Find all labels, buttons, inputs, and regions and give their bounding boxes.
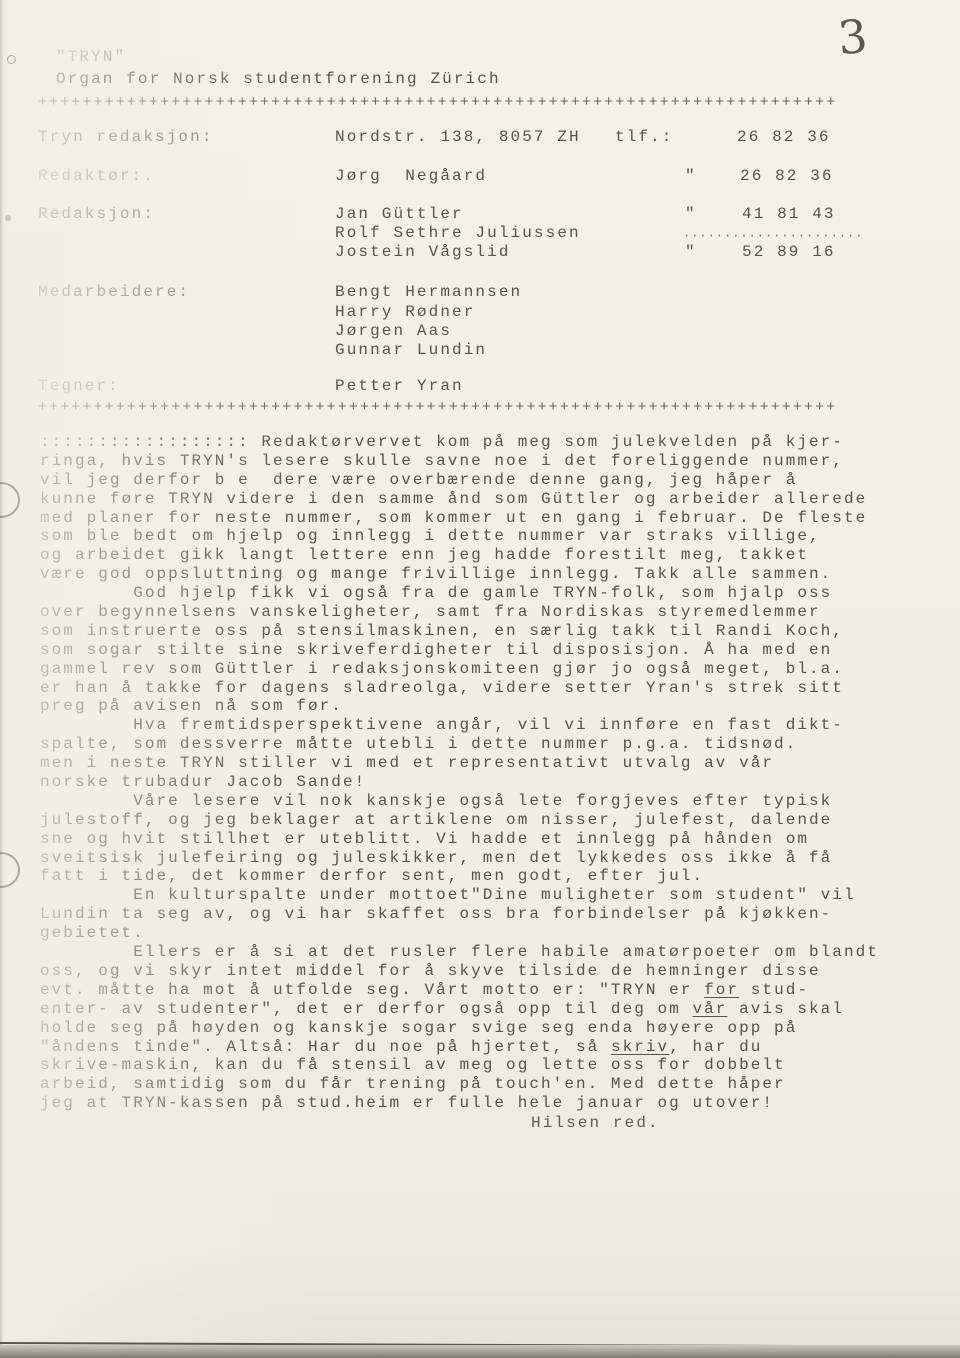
editorial-phone: 52 89 16	[742, 243, 836, 262]
body-line: Lundin ta seg av, og vi har skaffet oss …	[40, 905, 940, 924]
body-line: En kulturspalte under mottoet"Dine mulig…	[40, 886, 940, 905]
scanner-bed-shadow	[0, 1345, 960, 1358]
ink-speck	[7, 55, 16, 64]
underlined-word: skriv	[611, 1038, 669, 1056]
contributor-name: Gunnar Lundin	[335, 341, 487, 360]
body-line: gebietet.	[40, 924, 940, 943]
body-line: Våre lesere vil nok kanskje også lete fo…	[40, 792, 940, 811]
body-line: men i neste TRYN stiller vi med et repre…	[40, 754, 940, 773]
body-line: og arbeidet gikk langt lettere enn jeg h…	[40, 546, 940, 565]
contact-label: Tryn redaksjon:	[38, 128, 214, 147]
editorial-member: Jostein Vågslid	[335, 243, 511, 262]
contact-address: Nordstr. 138, 8057 ZH	[335, 128, 581, 147]
body-line: ringa, hvis TRYN's lesere skulle savne n…	[40, 452, 940, 471]
body-line-underlined: enter- av studenter", det er derfor også…	[40, 1000, 940, 1019]
scanned-page: 3 "TRYN" Organ for Norsk studentforening…	[0, 0, 960, 1358]
body-line: sveitsisk julefeiring og juleskikker, me…	[40, 849, 940, 868]
body-line: :::::::::::::::::: Redaktørvervet kom på…	[40, 433, 940, 452]
body-line: julestoff, og jeg beklager at artiklene …	[40, 811, 940, 830]
artist-label: Tegner:	[38, 377, 120, 396]
contributor-name: Harry Rødner	[335, 303, 475, 322]
body-line: skrive-maskin, kan du få stensil av meg …	[40, 1056, 940, 1075]
contact-phone: 26 82 36	[737, 128, 831, 147]
editorial-ditto-mark: "	[685, 243, 697, 262]
editor-ditto-mark: "	[685, 167, 697, 186]
body-line: God hjelp fikk vi også fra de gamle TRYN…	[40, 584, 940, 603]
body-line: over begynnelsens vanskeligheter, samt f…	[40, 603, 940, 622]
dotted-rule: ······················	[683, 229, 863, 243]
body-line: med planer for neste nummer, som kommer …	[40, 509, 940, 528]
editorial-member: Rolf Sethre Juliussen	[335, 224, 581, 243]
body-line: fatt i tide, det kommer derfor sent, men…	[40, 867, 940, 886]
editor-phone: 26 82 36	[740, 167, 834, 186]
editorial-body: :::::::::::::::::: Redaktørvervet kom på…	[40, 433, 940, 1113]
contributor-name: Bengt Hermannsen	[335, 283, 522, 302]
editorial-phone: 41 81 43	[742, 205, 836, 224]
underlined-word: for	[704, 981, 739, 999]
body-line: spalte, som dessverre måtte utebli i det…	[40, 735, 940, 754]
body-line: oss, og vi skyr intet middel for å skyve…	[40, 962, 940, 981]
contributor-name: Jørgen Aas	[335, 322, 452, 341]
phone-label: tlf.:	[615, 128, 674, 147]
body-line: Ellers er å si at det rusler flere habil…	[40, 943, 940, 962]
plus-divider-top: ++++++++++++++++++++++++++++++++++++++++…	[38, 93, 837, 112]
body-line: som ble bedt om hjelp og innlegg i dette…	[40, 527, 940, 546]
body-line: sne og hvit stillhet er uteblitt. Vi had…	[40, 830, 940, 849]
line-segment: stud-	[739, 981, 809, 999]
body-line: som instruerte oss på stensilmaskinen, e…	[40, 622, 940, 641]
body-line: kunne føre TRYN videre i den samme ånd s…	[40, 490, 940, 509]
line-segment: evt. måtte ha mot å utfolde seg. Vårt mo…	[40, 981, 704, 999]
line-segment: enter- av studenter", det er derfor også…	[40, 1000, 693, 1018]
body-line: gammel rev som Güttler i redaksjonskomit…	[40, 660, 940, 679]
organization-line: Organ for Norsk studentforening Zürich	[56, 70, 501, 89]
body-line: preg på avisen nå som før.	[40, 697, 940, 716]
ink-speck	[5, 215, 11, 221]
plus-divider-bottom: ++++++++++++++++++++++++++++++++++++++++…	[38, 398, 837, 417]
body-line: holde seg på høyden og kanskje sogar svi…	[40, 1019, 940, 1038]
body-line: arbeid, samtidig som du får trening på t…	[40, 1075, 940, 1094]
line-segment: "åndens tinde". Altså: Har du noe på hje…	[40, 1038, 611, 1056]
body-line: jeg at TRYN-kassen på stud.heim er fulle…	[40, 1094, 940, 1113]
line-segment: avis skal	[727, 1000, 844, 1018]
body-line: Hva fremtidsperspektivene angår, vil vi …	[40, 716, 940, 735]
body-line: norske trubadur Jacob Sande!	[40, 773, 940, 792]
body-line: vil jeg derfor b e dere være overbærende…	[40, 471, 940, 490]
paper-left-edge-shadow	[0, 0, 4, 1358]
editorial-ditto-mark: "	[685, 205, 697, 224]
artist-name: Petter Yran	[335, 377, 464, 396]
editorial-member: Jan Güttler	[335, 205, 464, 224]
newsletter-title: "TRYN"	[56, 48, 126, 67]
contributors-label: Medarbeidere:	[38, 283, 190, 302]
body-line: som sogar stilte sine skriveferdigheter …	[40, 641, 940, 660]
body-line-underlined: "åndens tinde". Altså: Har du noe på hje…	[40, 1038, 940, 1057]
body-line: er han å takke for dagens sladreolga, vi…	[40, 679, 940, 698]
editor-name: Jørg Negåard	[335, 167, 487, 186]
page-number: 3	[836, 9, 870, 65]
body-line: være god oppsluttning og mange frivillig…	[40, 565, 940, 584]
editor-label: Redaktør:.	[38, 167, 155, 186]
editorial-label: Redaksjon:	[38, 205, 155, 224]
signoff: Hilsen red.	[531, 1114, 660, 1132]
line-segment: , har du	[669, 1038, 762, 1056]
body-line-underlined: evt. måtte ha mot å utfolde seg. Vårt mo…	[40, 981, 940, 1000]
underlined-word: vår	[693, 1000, 728, 1018]
